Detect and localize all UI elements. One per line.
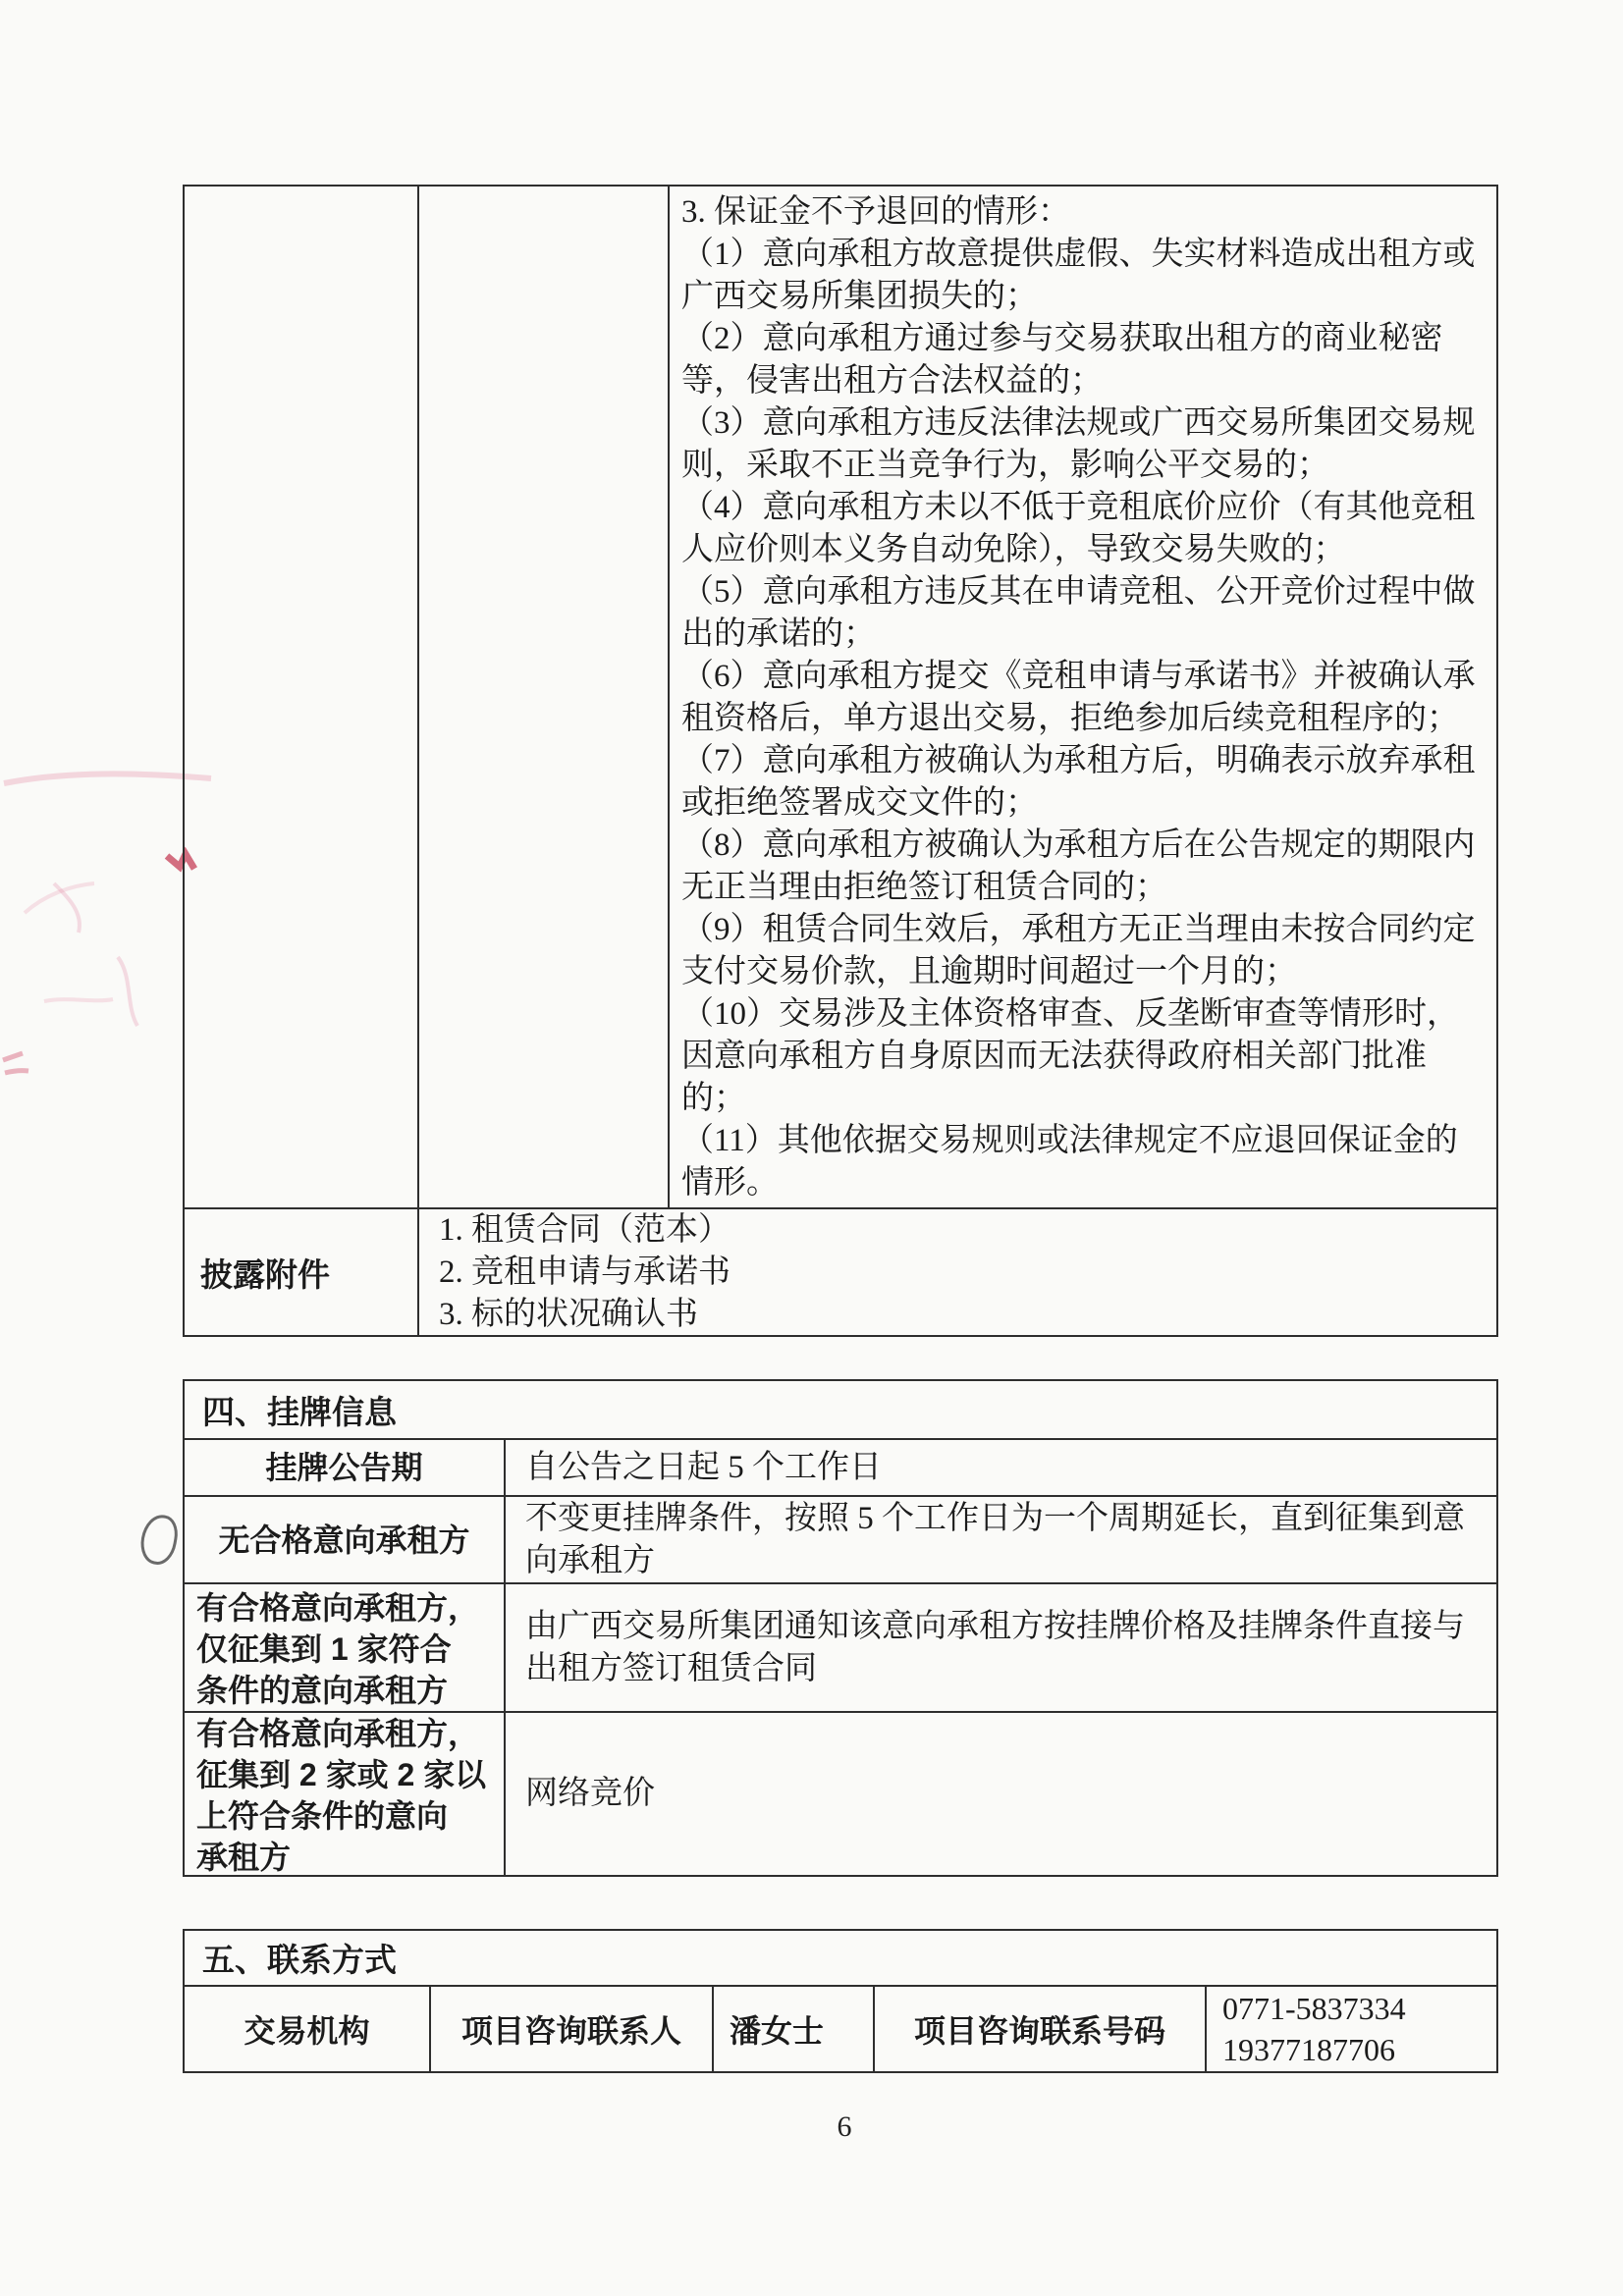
text-line: 租资格后，单方退出交易，拒绝参加后续竞租程序的； [681,698,1487,740]
text-line: 有合格意向承租方， [196,1587,494,1629]
contact-title: 五、联系方式 [185,1931,1496,1987]
text-line: 无合格意向承租方 [218,1520,469,1561]
phone-number-line: 19377187706 [1222,2029,1496,2070]
text-line: 人应价则本义务自动免除），导致交易失败的； [681,529,1487,571]
contact-person-label-cell: 项目咨询联系人 [431,1987,714,2071]
contact-table: 五、联系方式 交易机构 项目咨询联系人 潘女士 项目咨询联系号码 0771-58… [183,1929,1498,2073]
text-line: 支付交易价款，且逾期时间超过一个月的； [681,951,1487,993]
text-line: （4）意向承租方未以不低于竞租底价应价（有其他竞租 [681,487,1487,529]
text-line: 因意向承租方自身原因而无法获得政府相关部门批准 [681,1036,1487,1078]
text-line: （1）意向承租方故意提供虚假、失实材料造成出租方或 [681,234,1487,276]
text-line: 不变更挂牌条件，按照 5 个工作日为一个周期延长，直到征集到意 [525,1498,1496,1540]
text-line: （10）交易涉及主体资格审查、反垄断审查等情形时， [681,993,1487,1036]
text-line: 等，侵害出租方合法权益的； [681,360,1487,402]
row-content-listing-period: 自公告之日起 5 个工作日 [506,1440,1496,1497]
text-line: 网络竞价 [525,1773,1496,1815]
text-line: 征集到 2 家或 2 家以 [196,1754,494,1795]
disclosure-attachments-cell: 1. 租赁合同（范本）2. 竞租申请与承诺书3. 标的状况确认书 [419,1209,1496,1335]
text-line: （6）意向承租方提交《竞租申请与承诺书》并被确认承 [681,656,1487,698]
row-label-no-qualified-tenant: 无合格意向承租方 [185,1497,506,1584]
text-line: 有合格意向承租方， [196,1713,494,1754]
text-line: 向承租方 [525,1540,1496,1582]
attachment-line: 2. 竞租申请与承诺书 [439,1252,1496,1294]
row-label-listing-period: 挂牌公告期 [185,1440,506,1497]
empty-row-header-cell [185,187,419,1209]
text-line: 上符合条件的意向 [196,1795,494,1837]
text-line: （5）意向承租方违反其在申请竞租、公开竞价过程中做 [681,571,1487,614]
text-line: 出的承诺的； [681,614,1487,656]
attachment-line: 1. 租赁合同（范本） [439,1209,1496,1252]
phone-label-cell: 项目咨询联系号码 [875,1987,1207,2071]
row-label-two-or-more-tenants: 有合格意向承租方，征集到 2 家或 2 家以上符合条件的意向承租方 [185,1713,506,1875]
document-page: 3. 保证金不予退回的情形：（1）意向承租方故意提供虚假、失实材料造成出租方或广… [0,0,1623,2296]
handwritten-circle-annotation [137,1512,181,1567]
attachment-line: 3. 标的状况确认书 [439,1294,1496,1336]
row-content-no-qualified-tenant: 不变更挂牌条件，按照 5 个工作日为一个周期延长，直到征集到意向承租方 [506,1497,1496,1584]
deposit-rules-cell: 3. 保证金不予退回的情形：（1）意向承租方故意提供虚假、失实材料造成出租方或广… [670,187,1496,1209]
text-line: 的； [681,1078,1487,1120]
text-line: 挂牌公告期 [265,1447,422,1488]
text-line: 则，采取不正当竞争行为，影响公平交易的； [681,445,1487,487]
text-line: （8）意向承租方被确认为承租方后在公告规定的期限内 [681,825,1487,867]
text-line: 或拒绝签署成交文件的； [681,782,1487,825]
listing-info-table: 四、挂牌信息 挂牌公告期 自公告之日起 5 个工作日 无合格意向承租方 不变更挂… [183,1379,1498,1877]
text-line: 广西交易所集团损失的； [681,276,1487,318]
row-label-one-qualified-tenant: 有合格意向承租方，仅征集到 1 家符合条件的意向承租方 [185,1584,506,1713]
text-line: 3. 保证金不予退回的情形： [681,191,1487,234]
phone-numbers-cell: 0771-583733419377187706 [1207,1987,1496,2071]
page-number: 6 [815,2110,874,2144]
row-content-one-qualified-tenant: 由广西交易所集团通知该意向承租方按挂牌价格及挂牌条件直接与出租方签订租赁合同 [506,1584,1496,1713]
text-line: 由广西交易所集团通知该意向承租方按挂牌价格及挂牌条件直接与 [525,1606,1496,1648]
text-line: 自公告之日起 5 个工作日 [525,1447,1496,1489]
org-cell: 交易机构 [185,1987,431,2071]
text-line: 出租方签订租赁合同 [525,1648,1496,1690]
text-line: 无正当理由拒绝签订租赁合同的； [681,867,1487,909]
text-line: （2）意向承租方通过参与交易获取出租方的商业秘密 [681,318,1487,360]
empty-subheader-cell [419,187,670,1209]
listing-info-title: 四、挂牌信息 [185,1381,1496,1440]
text-line: 情形。 [681,1162,1487,1204]
contact-person-cell: 潘女士 [714,1987,875,2071]
text-line: 仅征集到 1 家符合 [196,1629,494,1670]
text-line: （11）其他依据交易规则或法律规定不应退回保证金的 [681,1120,1487,1162]
disclosure-label-cell: 披露附件 [185,1209,419,1335]
text-line: （3）意向承租方违反法律法规或广西交易所集团交易规 [681,402,1487,445]
row-content-two-or-more-tenants: 网络竞价 [506,1713,1496,1875]
text-line: 条件的意向承租方 [196,1670,494,1711]
deposit-terms-table: 3. 保证金不予退回的情形：（1）意向承租方故意提供虚假、失实材料造成出租方或广… [183,185,1498,1337]
phone-number-line: 0771-5837334 [1222,1988,1496,2029]
text-line: （7）意向承租方被确认为承租方后，明确表示放弃承租 [681,740,1487,782]
text-line: 承租方 [196,1837,494,1878]
text-line: （9）租赁合同生效后，承租方无正当理由未按合同约定 [681,909,1487,951]
